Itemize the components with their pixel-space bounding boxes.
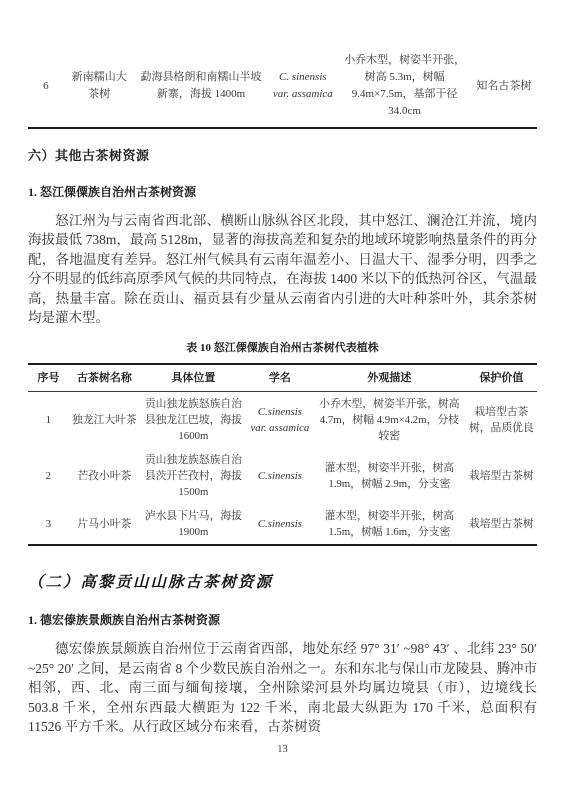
carryover-table-row: 6 新南糯山大茶树 勐海县格朗和南糯山半坡新寨，海拔 1400m C. sine…: [28, 52, 537, 129]
cell-location: 泸水县下片马，海拔 1900m: [140, 504, 247, 545]
tree-description: 小乔木型，树姿半开张，树高 5.3m，树幅 9.4m×7.5m，基部干径 34.…: [338, 52, 470, 120]
cell-name: 片马小叶茶: [69, 504, 140, 545]
header-protection: 保护价值: [466, 364, 537, 392]
header-latin: 学名: [247, 364, 313, 392]
header-location: 具体位置: [140, 364, 247, 392]
cell-name: 独龙江大叶茶: [69, 392, 140, 449]
cell-name: 芒孜小叶茶: [69, 448, 140, 504]
section-heading-gaoligong: （二）高黎贡山山脉古茶树资源: [28, 570, 537, 592]
tree-name: 新南糯山大茶树: [64, 69, 135, 103]
table-row: 2 芒孜小叶茶 贡山独龙族怒族自治县茨开芒孜村，海拔 1500m C.sinen…: [28, 448, 537, 504]
cell-description: 灌木型，树姿半开张，树高 1.9m，树幅 2.9m，分支密: [313, 448, 466, 504]
table-row: 3 片马小叶茶 泸水县下片马，海拔 1900m C.sinensis 灌木型，树…: [28, 504, 537, 545]
nujiang-tea-table: 序号 古茶树名称 具体位置 学名 外观描述 保护价值 1 独龙江大叶茶 贡山独龙…: [28, 363, 537, 546]
cell-description: 灌木型，树姿半开张，树高 1.5m，树幅 1.6m，分支密: [313, 504, 466, 545]
table10-caption: 表 10 怒江傈僳族自治州古茶树代表植株: [28, 339, 537, 355]
cell-protection: 栽培型古茶树: [466, 448, 537, 504]
paragraph-dehong: 德宏傣族景颇族自治州位于云南省西部，地处东经 97° 31′ ~98° 43′ …: [28, 639, 537, 736]
section-heading-other-resources: 六）其他古茶树资源: [28, 145, 537, 164]
cell-location: 贡山独龙族怒族自治县茨开芒孜村，海拔 1500m: [140, 448, 247, 504]
cell-latin: C.sinensis: [247, 504, 313, 545]
latin-variety: var. assamica: [250, 420, 310, 436]
page-content: 6 新南糯山大茶树 勐海县格朗和南糯山半坡新寨，海拔 1400m C. sine…: [28, 0, 537, 736]
paragraph-nujiang: 怒江州为与云南省西北部、横断山脉纵谷区北段，其中怒江、澜沧江并流，境内海拔最低 …: [28, 211, 537, 327]
cell-protection: 栽培型古茶树，品质优良: [466, 392, 537, 449]
header-description: 外观描述: [313, 364, 466, 392]
cell-index: 3: [28, 504, 69, 545]
cell-index: 2: [28, 448, 69, 504]
cell-index: 1: [28, 392, 69, 449]
cell-latin: C.sinensis var. assamica: [247, 392, 313, 449]
document-page: 6 新南糯山大茶树 勐海县格朗和南糯山半坡新寨，海拔 1400m C. sine…: [0, 0, 565, 800]
latin-genus: C.sinensis: [250, 404, 310, 420]
cell-location: 贡山独龙族怒族自治县独龙江巴坡，海拔 1600m: [140, 392, 247, 449]
tree-latin-name: C. sinensis var. assamica: [267, 69, 338, 103]
cell-description: 小乔木型，树姿半开张，树高 4.7m，树幅 4.9m×4.2m，分枝较密: [313, 392, 466, 449]
row-index: 6: [28, 78, 64, 95]
page-number: 13: [0, 744, 565, 755]
table-row: 1 独龙江大叶茶 贡山独龙族怒族自治县独龙江巴坡，海拔 1600m C.sine…: [28, 392, 537, 449]
cell-latin: C.sinensis: [247, 448, 313, 504]
latin-genus: C. sinensis: [270, 69, 335, 86]
subsection-heading-dehong: 1. 德宏傣族景颇族自治州古茶树资源: [28, 611, 537, 628]
latin-variety: var. assamica: [270, 86, 335, 103]
cell-protection: 栽培型古茶树: [466, 504, 537, 545]
table-header-row: 序号 古茶树名称 具体位置 学名 外观描述 保护价值: [28, 364, 537, 392]
tree-protection-value: 知名古茶树: [471, 78, 537, 95]
header-index: 序号: [28, 364, 69, 392]
subsection-heading-nujiang: 1. 怒江傈僳族自治州古茶树资源: [28, 183, 537, 200]
header-name: 古茶树名称: [69, 364, 140, 392]
tree-location: 勐海县格朗和南糯山半坡新寨，海拔 1400m: [135, 69, 267, 103]
